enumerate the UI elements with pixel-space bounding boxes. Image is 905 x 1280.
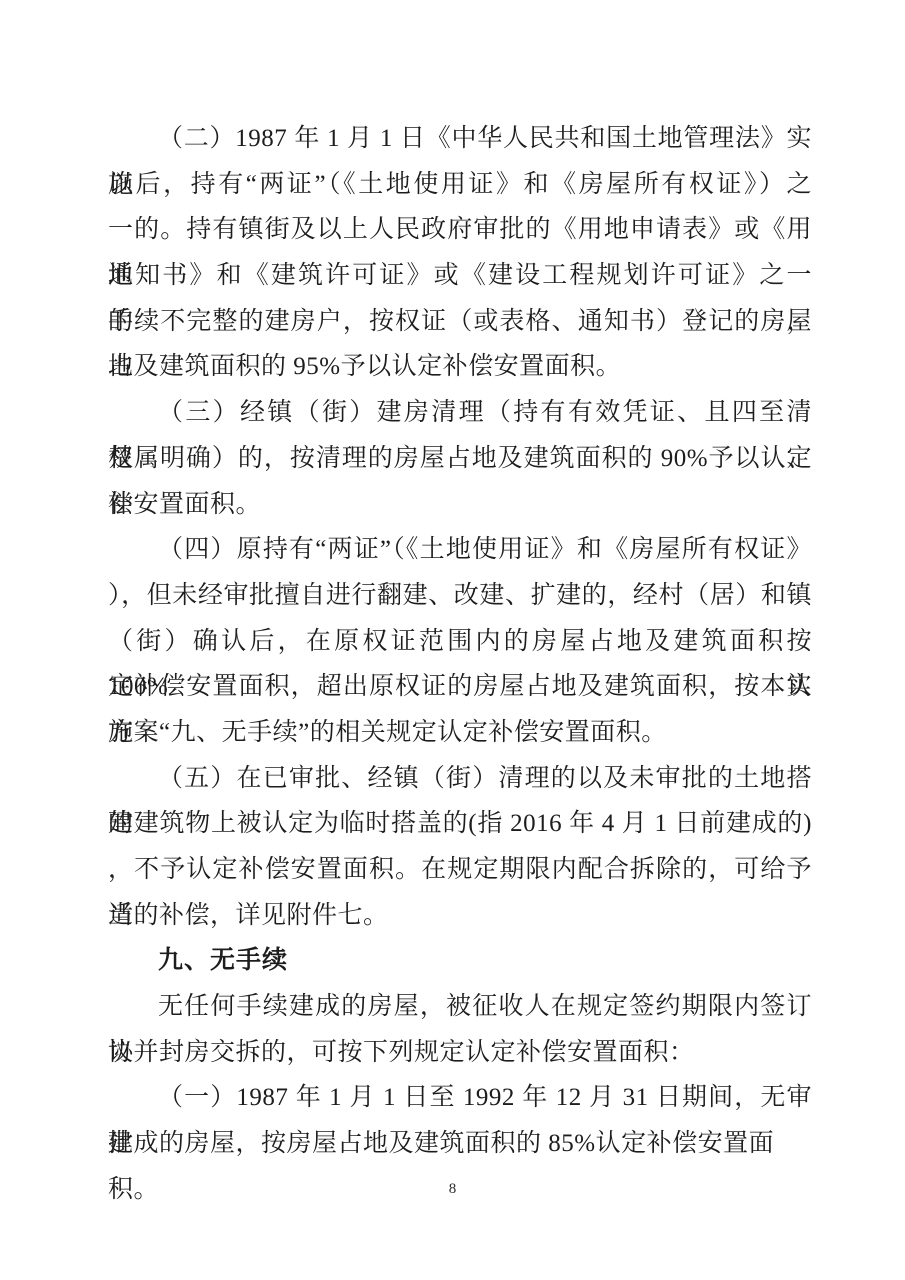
paragraph: 无任何手续建成的房屋，被征收人在规定签约期限内签订协议并封房交拆的，可按下列规定… xyxy=(108,984,812,1075)
text-line: 地及建筑面积的 95%予以认定补偿安置面积。 xyxy=(108,344,812,390)
text-line: 的建筑物上被认定为临时搭盖的(指 2016 年 4 月 1 日前建成的) xyxy=(108,801,812,847)
text-line: （二）1987 年 1 月 1 日《中华人民共和国土地管理法》实施 xyxy=(108,116,812,162)
text-line: （三）经镇（街）建房清理（持有有效凭证、且四至清楚、 xyxy=(108,390,812,436)
text-line: 无任何手续建成的房屋，被征收人在规定签约期限内签订协 xyxy=(108,984,812,1030)
text-line: 九、无手续 xyxy=(108,938,812,984)
section-heading: 九、无手续 xyxy=(108,938,812,984)
text-line: ，不予认定补偿安置面积。在规定期限内配合拆除的，可给予适 xyxy=(108,847,812,893)
text-line: 定补偿安置面积，超出原权证的房屋占地及建筑面积，按本实施 xyxy=(108,664,812,710)
document-text-content: （二）1987 年 1 月 1 日《中华人民共和国土地管理法》实施以后，持有“两… xyxy=(108,116,812,1167)
text-line: 议并封房交拆的，可按下列规定认定补偿安置面积： xyxy=(108,1030,812,1076)
text-line: ），但未经审批擅自进行翻建、改建、扩建的，经村（居）和镇 xyxy=(108,573,812,619)
text-line: 偿安置面积。 xyxy=(108,482,812,528)
text-line: （一）1987 年 1 月 1 日至 1992 年 12 月 31 日期间，无审… xyxy=(108,1075,812,1121)
text-line: 以后，持有“两证”（《土地使用证》和《房屋所有权证》）之 xyxy=(108,162,812,208)
page-footer: 8 xyxy=(0,1180,905,1198)
text-line: 通知书》和《建筑许可证》或《建设工程规划许可证》之一的， xyxy=(108,253,812,299)
page-number: 8 xyxy=(449,1181,457,1197)
text-line: （五）在已审批、经镇（街）清理的以及未审批的土地搭建 xyxy=(108,756,812,802)
text-line: 方案“九、无手续”的相关规定认定补偿安置面积。 xyxy=(108,710,812,756)
paragraph: （二）1987 年 1 月 1 日《中华人民共和国土地管理法》实施以后，持有“两… xyxy=(108,116,812,390)
paragraph: （五）在已审批、经镇（街）清理的以及未审批的土地搭建的建筑物上被认定为临时搭盖的… xyxy=(108,756,812,939)
text-line: 当的补偿，详见附件七。 xyxy=(108,893,812,939)
text-line: （四）原持有“两证”（《土地使用证》和《房屋所有权证》 xyxy=(108,527,812,573)
paragraph: （四）原持有“两证”（《土地使用证》和《房屋所有权证》），但未经审批擅自进行翻建… xyxy=(108,527,812,755)
text-line: 建成的房屋，按房屋占地及建筑面积的 85%认定补偿安置面积。 xyxy=(108,1121,812,1167)
text-line: 一的。持有镇街及以上人民政府审批的《用地申请表》或《用地 xyxy=(108,207,812,253)
paragraph: （一）1987 年 1 月 1 日至 1992 年 12 月 31 日期间，无审… xyxy=(108,1075,812,1166)
text-line: 手续不完整的建房户，按权证（或表格、通知书）登记的房屋占 xyxy=(108,299,812,345)
text-line: （街）确认后，在原权证范围内的房屋占地及建筑面积按 100%认 xyxy=(108,619,812,665)
paragraph: （三）经镇（街）建房清理（持有有效凭证、且四至清楚、权属明确）的，按清理的房屋占… xyxy=(108,390,812,527)
text-line: 权属明确）的，按清理的房屋占地及建筑面积的 90%予以认定补 xyxy=(108,436,812,482)
